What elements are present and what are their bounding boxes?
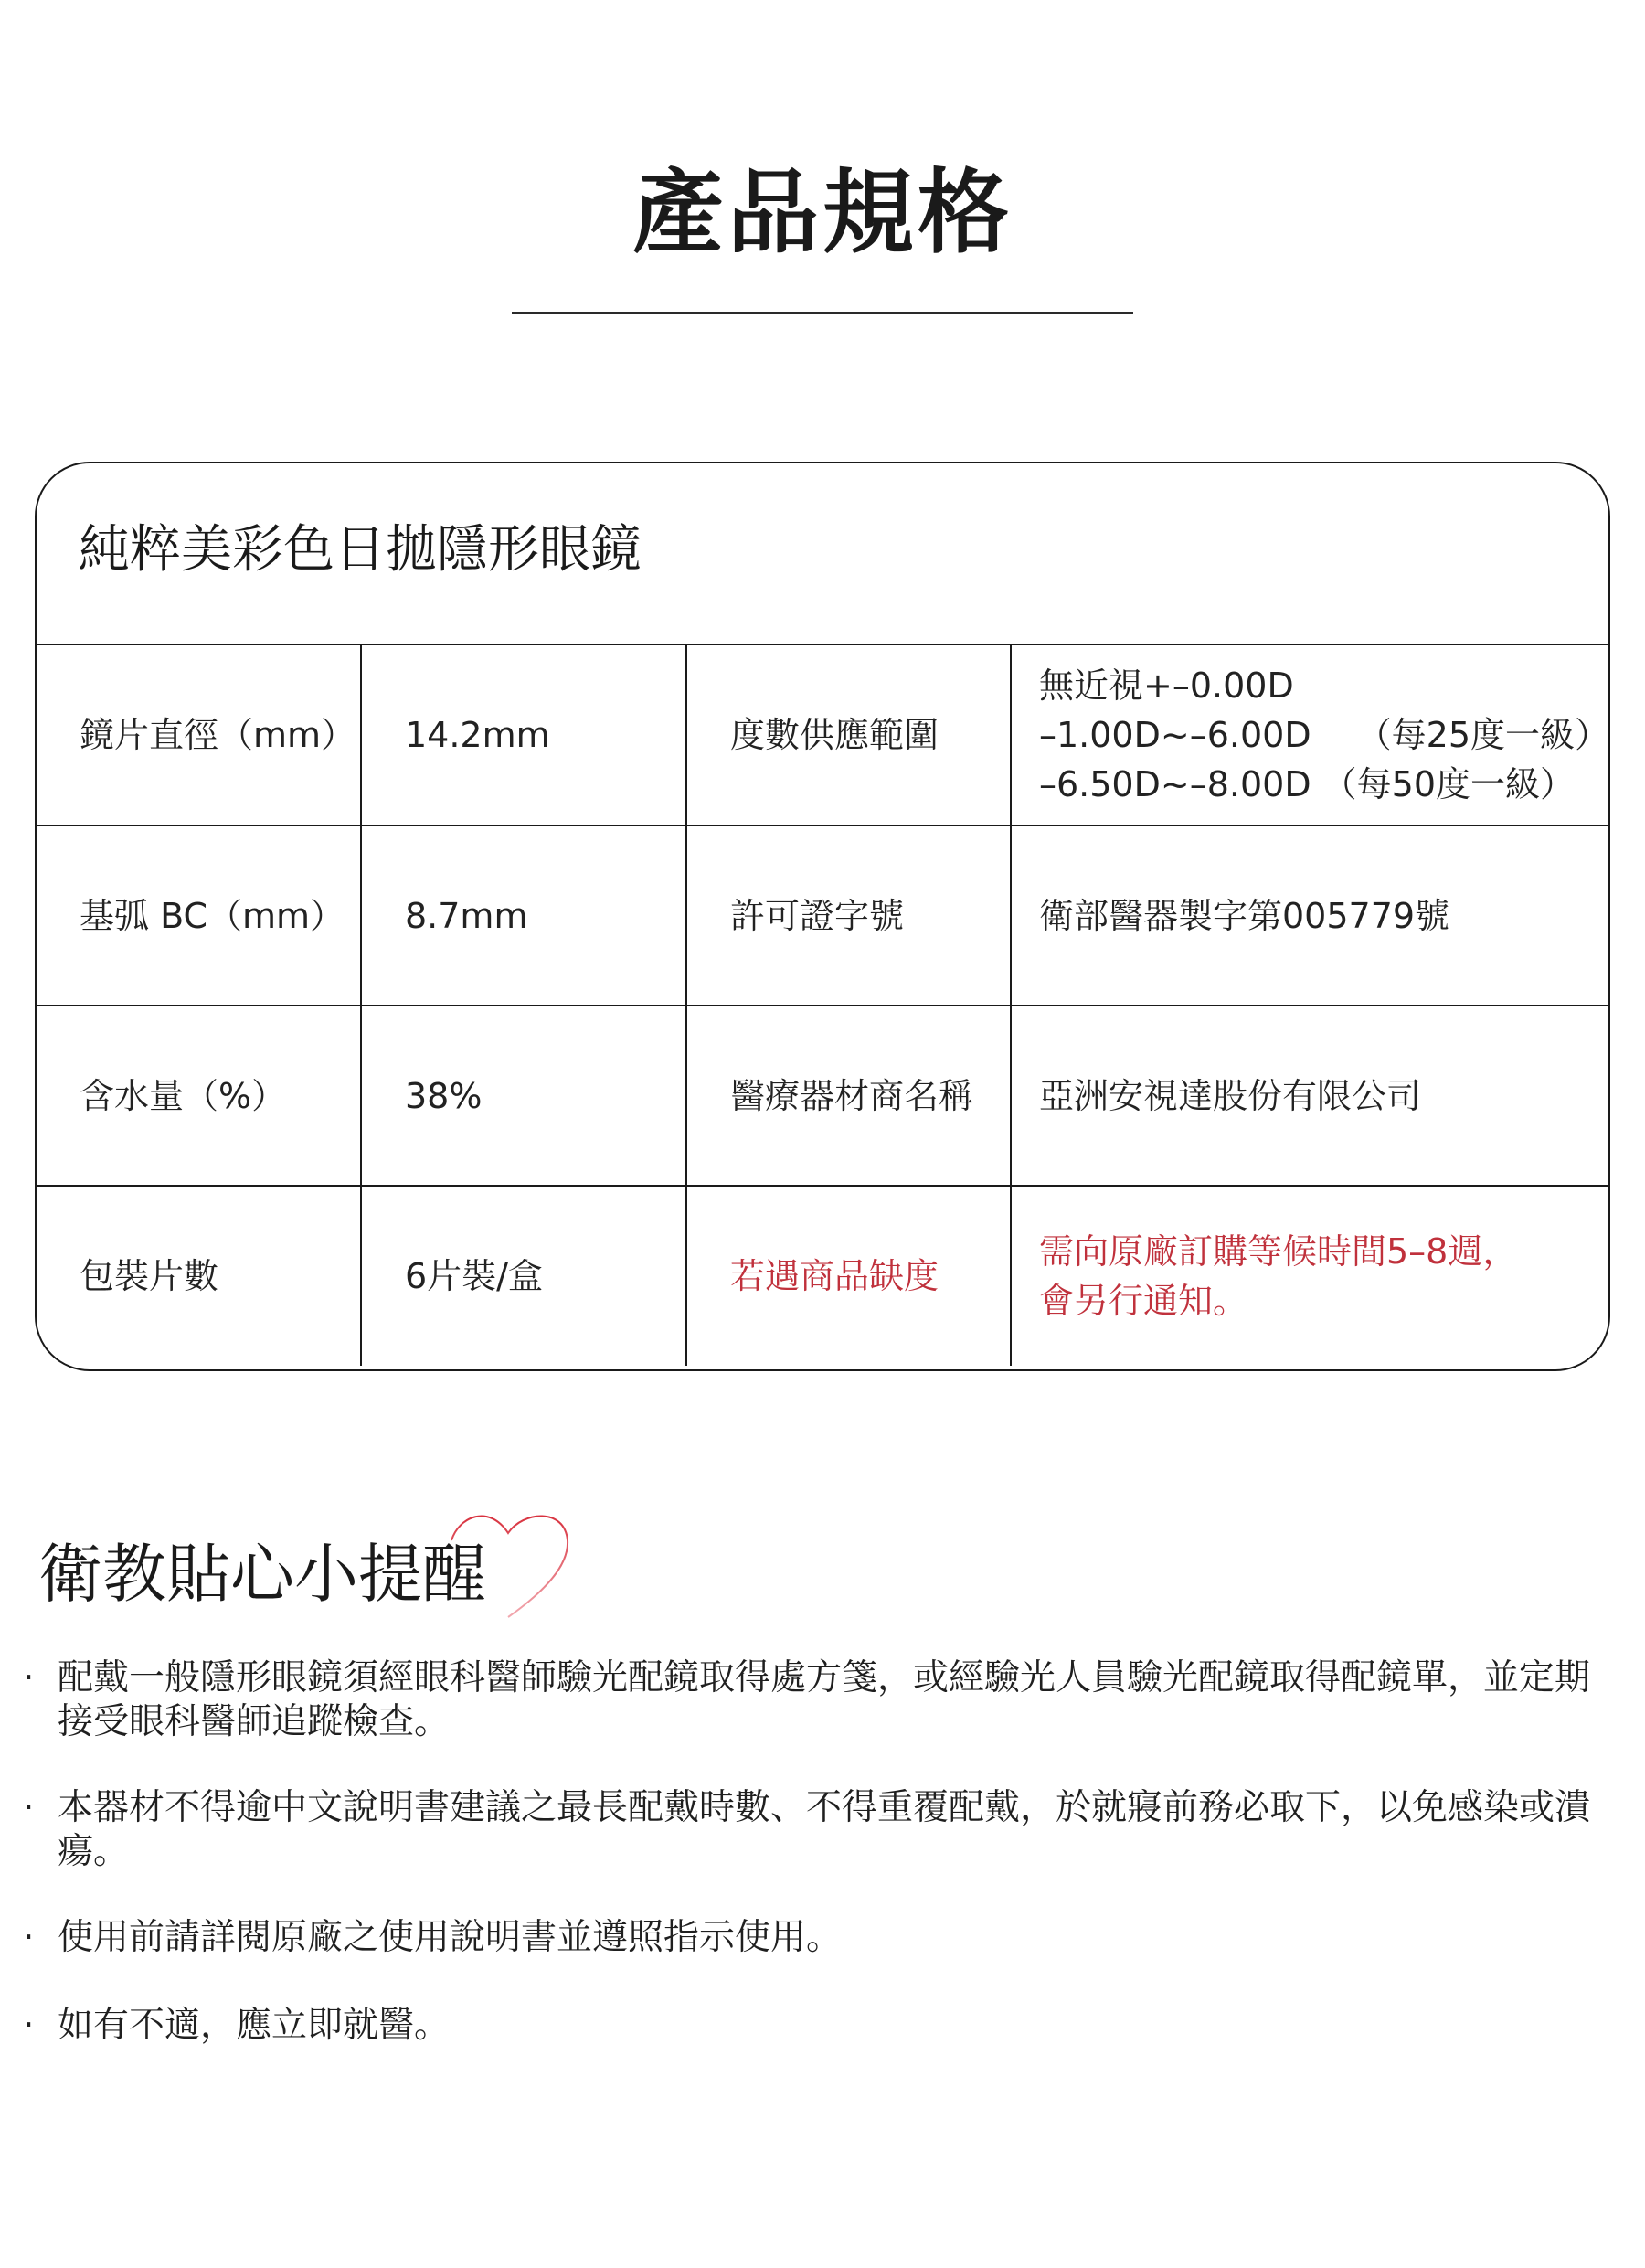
spec-label-diameter: 鏡片直徑（mm） xyxy=(37,645,361,825)
spec-label-license: 許可證字號 xyxy=(686,825,1011,1006)
tip-item: · 配戴一般隱形眼鏡須經眼科醫師驗光配鏡取得處方箋，或經驗光人員驗光配鏡取得配鏡… xyxy=(23,1656,1604,1744)
tip-item: · 如有不適，應立即就醫。 xyxy=(23,2004,1604,2048)
bullet-dot: · xyxy=(23,1786,41,1830)
table-row: 基弧 BC（mm） 8.7mm 許可證字號 衛部醫器製字第005779號 xyxy=(37,825,1610,1006)
spec-value-vendor: 亞洲安視達股份有限公司 xyxy=(1011,1006,1610,1186)
spec-table: 鏡片直徑（mm） 14.2mm 度數供應範圍 無近視+–0.00D –1.00D… xyxy=(37,645,1610,1366)
spec-label-base-curve: 基弧 BC（mm） xyxy=(37,825,361,1006)
power-range-line: –1.00D~–6.00D （每25度一級） xyxy=(1039,710,1610,760)
spec-value-base-curve: 8.7mm xyxy=(361,825,686,1006)
spec-value-power-range: 無近視+–0.00D –1.00D~–6.00D （每25度一級） –6.50D… xyxy=(1011,645,1610,825)
table-row: 含水量（%） 38% 醫療器材商名稱 亞洲安視達股份有限公司 xyxy=(37,1006,1610,1186)
spec-label-power-range: 度數供應範圍 xyxy=(686,645,1011,825)
spec-value-license: 衛部醫器製字第005779號 xyxy=(1011,825,1610,1006)
tip-text: 配戴一般隱形眼鏡須經眼科醫師驗光配鏡取得處方箋，或經驗光人員驗光配鏡取得配鏡單，… xyxy=(58,1657,1590,1742)
spec-value-diameter: 14.2mm xyxy=(361,645,686,825)
table-row: 鏡片直徑（mm） 14.2mm 度數供應範圍 無近視+–0.00D –1.00D… xyxy=(37,645,1610,825)
tip-text: 如有不適，應立即就醫。 xyxy=(58,2005,450,2046)
bullet-dot: · xyxy=(23,2004,41,2048)
spec-label-water-content: 含水量（%） xyxy=(37,1006,361,1186)
card-header: 純粹美彩色日拋隱形眼鏡 xyxy=(37,463,1608,645)
power-range-line: 無近視+–0.00D xyxy=(1039,661,1610,710)
tip-item: · 本器材不得逾中文說明書建議之最長配戴時數、不得重覆配戴，於就寢前務必取下，以… xyxy=(23,1786,1604,1874)
heart-outline-icon xyxy=(439,1504,576,1623)
tip-item: · 使用前請詳閱原廠之使用說明書並遵照指示使用。 xyxy=(23,1916,1604,1960)
out-of-stock-line: 需向原廠訂購等候時間5–8週， xyxy=(1039,1227,1610,1276)
tip-text: 使用前請詳閱原廠之使用說明書並遵照指示使用。 xyxy=(58,1917,842,1958)
page-title: 產品規格 xyxy=(0,163,1645,263)
out-of-stock-line: 會另行通知。 xyxy=(1039,1276,1610,1326)
spec-label-vendor: 醫療器材商名稱 xyxy=(686,1006,1011,1186)
product-name: 純粹美彩色日拋隱形眼鏡 xyxy=(79,518,642,582)
bullet-dot: · xyxy=(23,1916,41,1960)
spec-label-out-of-stock: 若遇商品缺度 xyxy=(686,1186,1011,1366)
spec-value-package: 6片裝/盒 xyxy=(361,1186,686,1366)
tips-list: · 配戴一般隱形眼鏡須經眼科醫師驗光配鏡取得處方箋，或經驗光人員驗光配鏡取得配鏡… xyxy=(23,1656,1604,2092)
spec-card: 純粹美彩色日拋隱形眼鏡 鏡片直徑（mm） 14.2mm 度數供應範圍 無近視+–… xyxy=(35,462,1610,1371)
spec-value-out-of-stock: 需向原廠訂購等候時間5–8週， 會另行通知。 xyxy=(1011,1186,1610,1366)
title-underline xyxy=(512,312,1133,314)
spec-label-package: 包裝片數 xyxy=(37,1186,361,1366)
table-row: 包裝片數 6片裝/盒 若遇商品缺度 需向原廠訂購等候時間5–8週， 會另行通知。 xyxy=(37,1186,1610,1366)
tips-heading: 衛教貼心小提醒 xyxy=(38,1536,486,1613)
spec-value-water-content: 38% xyxy=(361,1006,686,1186)
tip-text: 本器材不得逾中文說明書建議之最長配戴時數、不得重覆配戴，於就寢前務必取下，以免感… xyxy=(58,1787,1590,1872)
bullet-dot: · xyxy=(23,1656,41,1700)
power-range-line: –6.50D~–8.00D （每50度一級） xyxy=(1039,760,1610,809)
